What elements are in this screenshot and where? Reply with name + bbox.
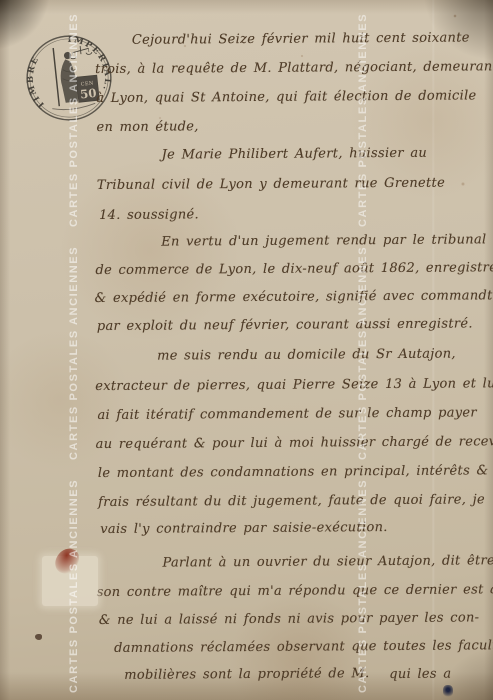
manuscript-line: de commerce de Lyon, le dix-neuf août 18… — [95, 261, 493, 277]
manuscript-line: me suis rendu au domicile du Sr Autajon, — [157, 348, 456, 363]
manuscript-line: par exploit du neuf février, courant aus… — [97, 317, 473, 333]
watermark-text: CARTES POSTALES ANCIENNES — [68, 13, 80, 227]
manuscript-line: ai fait itératif commandement de sur le … — [97, 406, 477, 422]
watermark-text: CARTES POSTALES ANCIENNES — [357, 479, 369, 693]
manuscript-line: en mon étude, — [96, 120, 198, 134]
manuscript-line: trois, à la requête de M. Plattard, négo… — [95, 60, 493, 76]
manuscript-line: mobilières sont la propriété de M. — [124, 667, 369, 682]
manuscript-line: 14. soussigné. — [99, 208, 199, 222]
manuscript-line: Parlant à un ouvrier du sieur Autajon, d… — [162, 554, 493, 569]
manuscript-line: Tribunal civil de Lyon y demeurant rue G… — [97, 177, 445, 192]
document-page: TIMBRE IMPERIAL. CEN 50 — [0, 0, 493, 700]
watermark-text: CARTES POSTALES ANCIENNES — [68, 246, 80, 460]
manuscript-line: au requérant & pour lui à moi huissier c… — [96, 435, 493, 451]
manuscript-line: & ne lui a laissé ni fonds ni avis pour … — [99, 611, 480, 627]
ink-speck — [35, 634, 42, 640]
manuscript-line: En vertu d'un jugement rendu par le trib… — [161, 233, 486, 248]
manuscript-line: à Lyon, quai St Antoine, qui fait électi… — [96, 89, 476, 105]
watermark-text: CARTES POSTALES ANCIENNES — [357, 246, 369, 460]
manuscript-line: & expédié en forme exécutoire, signifié … — [95, 289, 493, 305]
manuscript-line: le montant des condamnations en principa… — [98, 464, 489, 480]
manuscript-line: vais l'y contraindre par saisie-exécutio… — [100, 521, 388, 536]
watermark-stripe-center: CARTES POSTALES ANCIENNES CARTES POSTALE… — [357, 0, 375, 700]
manuscript-line: extracteur de pierres, quai Pierre Seize… — [95, 377, 493, 393]
manuscript-line: frais résultant du dit jugement, faute d… — [98, 493, 485, 509]
manuscript-line: Cejourd'hui Seize février mil huit cent … — [132, 31, 470, 46]
blue-ink-mark — [443, 685, 453, 697]
watermark-text: CARTES POSTALES ANCIENNES — [357, 13, 369, 227]
watermark-stripe-left: CARTES POSTALES ANCIENNES CARTES POSTALE… — [68, 0, 86, 700]
manuscript-line: damnations réclamées observant que toute… — [114, 639, 493, 655]
manuscript-line: Je Marie Philibert Aufert, huissier au — [162, 147, 428, 162]
watermark-text: CARTES POSTALES ANCIENNES — [68, 479, 80, 693]
manuscript-line: qui les a — [389, 668, 451, 681]
manuscript-line: son contre maître qui m'a répondu que ce… — [97, 583, 493, 599]
